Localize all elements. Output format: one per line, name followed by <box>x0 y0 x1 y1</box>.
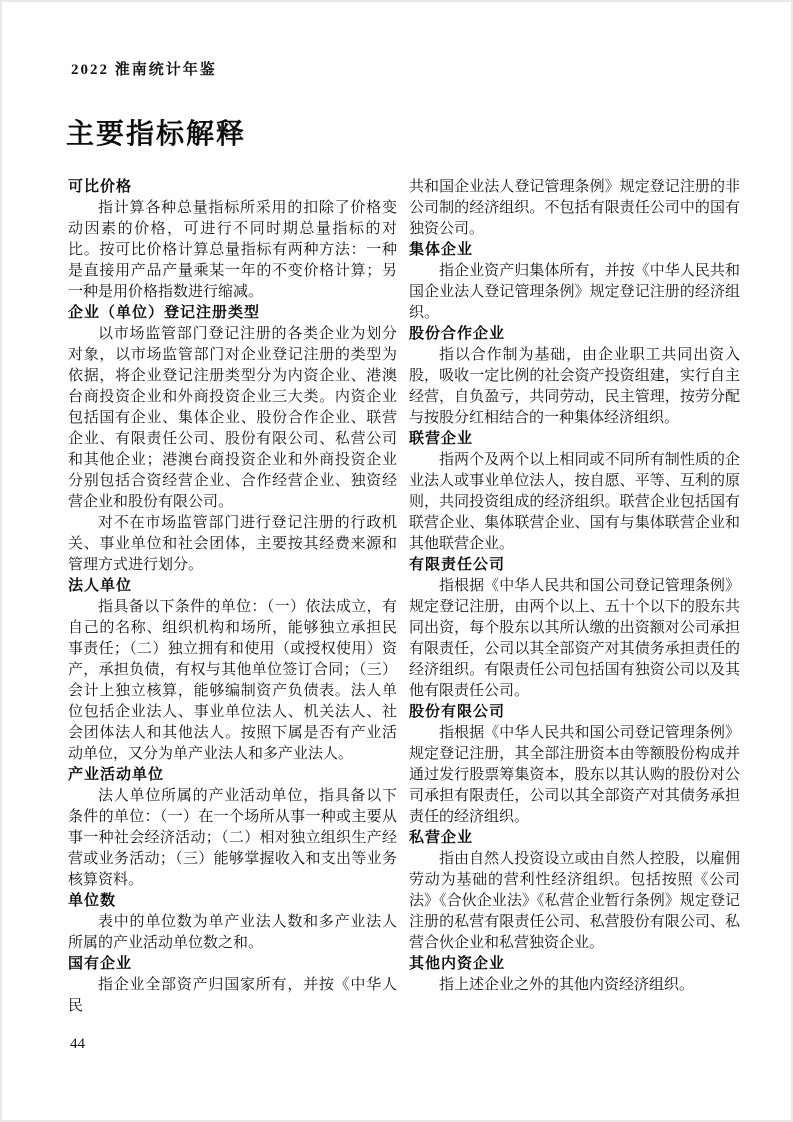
section-paragraph: 指上述企业之外的其他内资经济组织。 <box>409 975 740 996</box>
running-header: 2022 淮南统计年鉴 <box>71 58 217 79</box>
section-paragraph: 指两个及两个以上相同或不同所有制性质的企业法人或事业单位法人，按自愿、平等、互利… <box>409 450 740 555</box>
right-column: 共和国企业法人登记管理条例》规定登记注册的非公司制的经济组织。不包括有限责任公司… <box>409 177 740 1017</box>
section-heading: 法人单位 <box>68 576 397 597</box>
section-heading: 国有企业 <box>68 954 397 975</box>
section-paragraph: 对不在市场监管部门进行登记注册的行政机关、事业单位和社会团体，主要按其经费来源和… <box>68 513 397 576</box>
page-title: 主要指标解释 <box>66 112 246 152</box>
section-heading: 有限责任公司 <box>409 555 740 576</box>
section-heading: 联营企业 <box>409 429 740 450</box>
section-heading: 企业（单位）登记注册类型 <box>68 303 397 324</box>
section-paragraph: 指根据《中华人民共和国公司登记管理条例》规定登记注册，由两个以上、五十个以下的股… <box>409 576 740 702</box>
section-heading: 股份有限公司 <box>409 702 740 723</box>
section-heading: 产业活动单位 <box>68 765 397 786</box>
section-paragraph: 表中的单位数为单产业法人数和多产业法人所属的产业活动单位数之和。 <box>68 912 397 954</box>
left-column: 可比价格指计算各种总量指标所采用的扣除了价格变动因素的价格，可进行不同时期总量指… <box>68 177 397 1017</box>
section-paragraph: 指计算各种总量指标所采用的扣除了价格变动因素的价格，可进行不同时期总量指标的对比… <box>68 198 397 303</box>
page-number: 44 <box>70 1036 85 1053</box>
two-column-body: 可比价格指计算各种总量指标所采用的扣除了价格变动因素的价格，可进行不同时期总量指… <box>68 177 740 1017</box>
section-heading: 股份合作企业 <box>409 324 740 345</box>
section-paragraph: 以市场监管部门登记注册的各类企业为划分对象，以市场监管部门对企业登记注册的类型为… <box>68 324 397 513</box>
section-heading: 私营企业 <box>409 828 740 849</box>
section-paragraph: 指以合作制为基础，由企业职工共同出资入股，吸收一定比例的社会资产投资组建，实行自… <box>409 345 740 429</box>
section-paragraph: 指企业资产归集体所有，并按《中华人民共和国企业法人登记管理条例》规定登记注册的经… <box>409 261 740 324</box>
paragraph-continuation: 共和国企业法人登记管理条例》规定登记注册的非公司制的经济组织。不包括有限责任公司… <box>409 177 740 240</box>
section-paragraph: 指具备以下条件的单位：（一）依法成立，有自己的名称、组织机构和场所，能够独立承担… <box>68 597 397 765</box>
section-paragraph: 指企业全部资产归国家所有，并按《中华人民 <box>68 975 397 1017</box>
section-heading: 集体企业 <box>409 240 740 261</box>
section-paragraph: 法人单位所属的产业活动单位，指具备以下条件的单位：（一）在一个场所从事一种或主要… <box>68 786 397 891</box>
yearbook-page: 2022 淮南统计年鉴 主要指标解释 可比价格指计算各种总量指标所采用的扣除了价… <box>0 0 793 1122</box>
section-paragraph: 指由自然人投资设立或由自然人控股，以雇佣劳动为基础的营利性经济组织。包括按照《公… <box>409 849 740 954</box>
section-heading: 其他内资企业 <box>409 954 740 975</box>
section-heading: 单位数 <box>68 891 397 912</box>
section-paragraph: 指根据《中华人民共和国公司登记管理条例》规定登记注册，其全部注册资本由等额股份构… <box>409 723 740 828</box>
section-heading: 可比价格 <box>68 177 397 198</box>
